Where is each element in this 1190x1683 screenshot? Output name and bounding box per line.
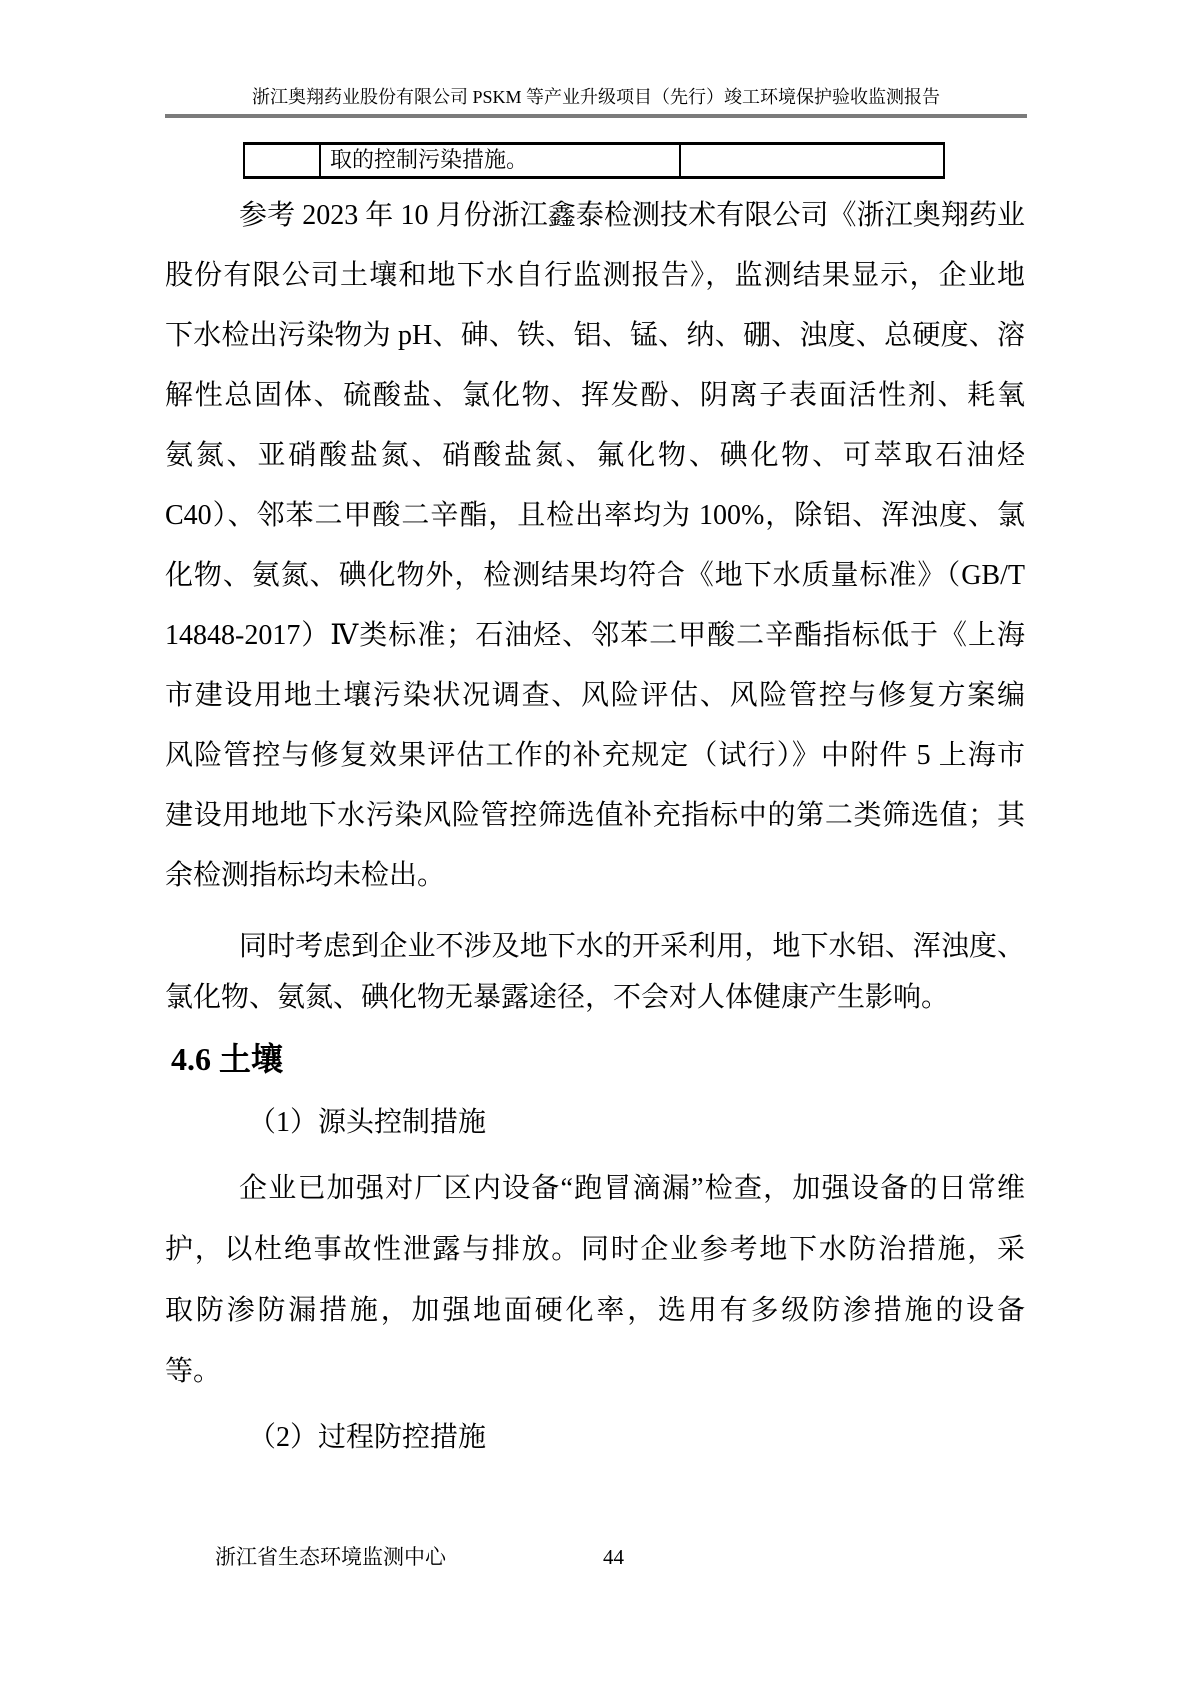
paragraph-groundwater: 参考 2023 年 10 月份浙江鑫泰检测技术有限公司《浙江奥翔药业 股份有限公…	[165, 186, 1025, 906]
paragraph-line: 企业已加强对厂区内设备“跑冒滴漏”检查，加强设备的日常维	[165, 1158, 1025, 1219]
paragraph-line: 下水检出污染物为 pH、砷、铁、铝、锰、纳、硼、浊度、总硬度、溶	[165, 306, 1025, 366]
table-fragment: 取的控制污染措施。	[243, 142, 945, 179]
list-item-process-control: （2）过程防控措施	[165, 1419, 1025, 1457]
paragraph-line: 参考 2023 年 10 月份浙江鑫泰检测技术有限公司《浙江奥翔药业	[165, 186, 1025, 246]
paragraph-source-control: 企业已加强对厂区内设备“跑冒滴漏”检查，加强设备的日常维 护，以杜绝事故性泄露与…	[165, 1158, 1025, 1402]
footer-page-number: 44	[603, 1544, 624, 1570]
paragraph-line: 风险管控与修复效果评估工作的补充规定（试行）》中附件 5 上海市	[165, 726, 1025, 786]
paragraph-line: 余检测指标均未检出。	[165, 846, 1025, 906]
paragraph-line: 护，以杜绝事故性泄露与排放。同时企业参考地下水防治措施，采	[165, 1219, 1025, 1280]
paragraph-line: C40）、邻苯二甲酸二辛酯，且检出率均为 100%，除铝、浑浊度、氯	[165, 486, 1025, 546]
paragraph-line: 等。	[165, 1341, 1025, 1402]
section-heading-soil: 4.6 土壤	[171, 1040, 283, 1078]
document-page: 浙江奥翔药业股份有限公司 PSKM 等产业升级项目（先行）竣工环境保护验收监测报…	[0, 0, 1190, 1683]
header-rule	[165, 114, 1027, 118]
paragraph-line: 取防渗防漏措施，加强地面硬化率，选用有多级防渗措施的设备	[165, 1280, 1025, 1341]
paragraph-line: 同时考虑到企业不涉及地下水的开采利用，地下水铝、浑浊度、	[165, 921, 1025, 972]
table-cell-empty-left	[245, 145, 321, 176]
paragraph-line: 化物、氨氮、碘化物外，检测结果均符合《地下水质量标准》（GB/T	[165, 546, 1025, 606]
paragraph-line: 建设用地地下水污染风险管控筛选值补充指标中的第二类筛选值；其	[165, 786, 1025, 846]
paragraph-line: 解性总固体、硫酸盐、氯化物、挥发酚、阴离子表面活性剂、耗氧量、	[165, 366, 1025, 426]
paragraph-line: 股份有限公司土壤和地下水自行监测报告》，监测结果显示，企业地	[165, 246, 1025, 306]
list-item-source-control: （1）源头控制措施	[165, 1104, 1025, 1142]
paragraph-line: 氯化物、氨氮、碘化物无暴露途径，不会对人体健康产生影响。	[165, 972, 1025, 1023]
report-header-title: 浙江奥翔药业股份有限公司 PSKM 等产业升级项目（先行）竣工环境保护验收监测报…	[165, 84, 1027, 110]
paragraph-health-impact: 同时考虑到企业不涉及地下水的开采利用，地下水铝、浑浊度、 氯化物、氨氮、碘化物无…	[165, 921, 1025, 1023]
paragraph-line: 氨氮、亚硝酸盐氮、硝酸盐氮、氟化物、碘化物、可萃取石油烃（C10-	[165, 426, 1025, 486]
table-cell-measures-text: 取的控制污染措施。	[321, 145, 681, 176]
table-cell-empty-right	[681, 145, 943, 176]
paragraph-line: 市建设用地土壤污染状况调查、风险评估、风险管控与修复方案编制、	[165, 666, 1025, 726]
footer-organization: 浙江省生态环境监测中心	[215, 1544, 446, 1570]
paragraph-line: 14848-2017）Ⅳ类标准；石油烃、邻苯二甲酸二辛酯指标低于《上海	[165, 606, 1025, 666]
